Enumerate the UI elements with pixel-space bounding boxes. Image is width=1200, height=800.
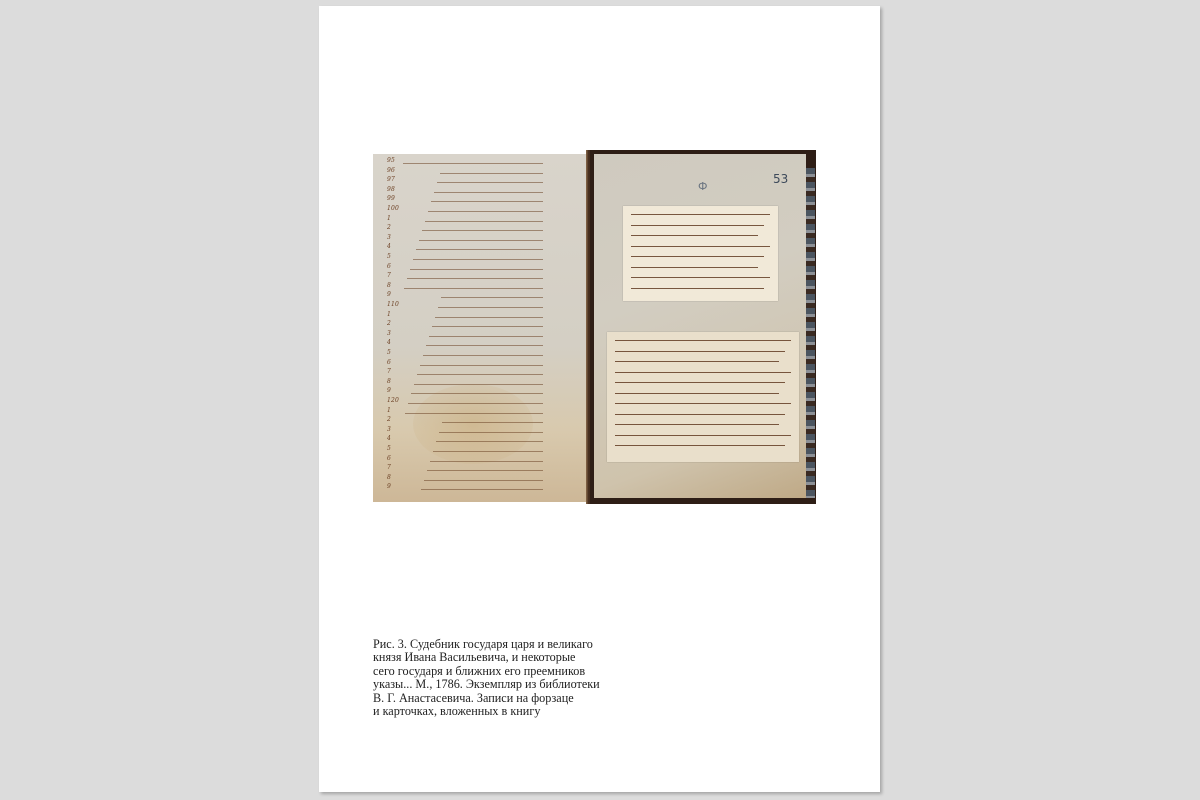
handwriting-line [615, 351, 785, 352]
handwriting-line [441, 297, 543, 298]
caption-line: и карточках, вложенных в книгу [373, 705, 653, 718]
left-page-handwritten-index: 9596979899100123456789110123456789120123… [373, 154, 588, 502]
index-number: 7 [387, 368, 391, 375]
handwriting-line [430, 461, 543, 462]
index-number: 1 [387, 407, 391, 414]
handwriting-line [410, 269, 543, 270]
handwriting-line [615, 382, 785, 383]
handwriting-line [426, 345, 543, 346]
index-number: 3 [387, 234, 391, 241]
index-number: 95 [387, 157, 395, 164]
handwriting-line [413, 259, 543, 260]
handwriting-line [419, 240, 543, 241]
handwriting-line [405, 413, 543, 414]
handwriting-line [404, 288, 543, 289]
handwriting-line [424, 480, 543, 481]
index-number: 4 [387, 339, 391, 346]
pencil-mark: Ф [698, 180, 707, 193]
handwriting-line [615, 361, 779, 362]
handwriting-line [423, 355, 543, 356]
handwriting-line [433, 451, 543, 452]
handwriting-line [416, 249, 543, 250]
handwriting-line [403, 163, 543, 164]
index-number: 5 [387, 349, 391, 356]
index-number: 2 [387, 416, 391, 423]
index-number: 97 [387, 176, 395, 183]
caption-line: Рис. 3. Судебник государя царя и великаг… [373, 638, 653, 651]
index-number: 6 [387, 455, 391, 462]
index-number: 96 [387, 167, 395, 174]
handwriting-line [408, 403, 543, 404]
handwriting-line [434, 192, 543, 193]
handwriting-line [631, 256, 764, 257]
handwriting-line [615, 393, 779, 394]
index-number: 4 [387, 435, 391, 442]
index-number: 5 [387, 445, 391, 452]
handwriting-line [631, 225, 764, 226]
book-photograph: 9596979899100123456789110123456789120123… [373, 150, 816, 504]
handwriting-line [615, 403, 791, 404]
handwriting-line [615, 424, 779, 425]
handwriting-line [440, 173, 543, 174]
index-number: 2 [387, 224, 391, 231]
index-number: 100 [387, 205, 399, 212]
handwriting-line [411, 393, 543, 394]
handwriting-line [631, 214, 770, 215]
handwriting-line [422, 230, 543, 231]
index-number: 9 [387, 291, 391, 298]
handwriting-line [421, 489, 543, 490]
page-stain [413, 384, 533, 464]
index-number: 8 [387, 282, 391, 289]
handwriting-line [615, 435, 791, 436]
caption-line: указы... М., 1786. Экземпляр из библиоте… [373, 678, 653, 691]
handwriting-line [631, 267, 758, 268]
index-number: 9 [387, 387, 391, 394]
handwriting-line [425, 221, 543, 222]
index-number: 99 [387, 195, 395, 202]
handwriting-line [615, 414, 785, 415]
marbled-cover-edge [806, 168, 815, 498]
handwriting-line [631, 277, 770, 278]
index-number: 4 [387, 243, 391, 250]
figure-caption: Рис. 3. Судебник государя царя и великаг… [373, 638, 653, 718]
index-number: 6 [387, 359, 391, 366]
handwriting-line [438, 307, 543, 308]
inserted-card-top [623, 206, 778, 301]
index-number: 8 [387, 378, 391, 385]
caption-line: сего государя и ближних его преемников [373, 665, 653, 678]
index-number: 7 [387, 272, 391, 279]
index-number: 1 [387, 311, 391, 318]
caption-line: В. Г. Анастасевича. Записи на форзаце [373, 692, 653, 705]
index-number: 3 [387, 426, 391, 433]
handwriting-line [436, 441, 543, 442]
handwriting-line [432, 326, 543, 327]
index-number: 98 [387, 186, 395, 193]
index-number: 110 [387, 301, 399, 308]
handwriting-line [439, 432, 543, 433]
index-number: 5 [387, 253, 391, 260]
index-number: 9 [387, 483, 391, 490]
index-number: 6 [387, 263, 391, 270]
handwriting-line [414, 384, 543, 385]
handwriting-line [615, 372, 791, 373]
handwriting-line [631, 235, 758, 236]
index-number: 7 [387, 464, 391, 471]
handwriting-line [631, 288, 764, 289]
caption-line: князя Ивана Васильевича, и некоторые [373, 651, 653, 664]
handwriting-line [437, 182, 543, 183]
handwriting-line [431, 201, 543, 202]
handwriting-line [435, 317, 543, 318]
index-number: 2 [387, 320, 391, 327]
inserted-card-bottom [607, 332, 799, 462]
handwriting-line [429, 336, 543, 337]
handwriting-line [631, 246, 770, 247]
page-number-mark: 53 [773, 172, 788, 186]
index-number: 8 [387, 474, 391, 481]
handwriting-line [615, 340, 791, 341]
index-number: 1 [387, 215, 391, 222]
index-number: 120 [387, 397, 399, 404]
handwriting-line [427, 470, 543, 471]
handwriting-line [420, 365, 543, 366]
handwriting-line [417, 374, 543, 375]
handwriting-line [442, 422, 543, 423]
handwriting-line [615, 445, 785, 446]
handwriting-line [428, 211, 543, 212]
index-number: 3 [387, 330, 391, 337]
handwriting-line [407, 278, 543, 279]
